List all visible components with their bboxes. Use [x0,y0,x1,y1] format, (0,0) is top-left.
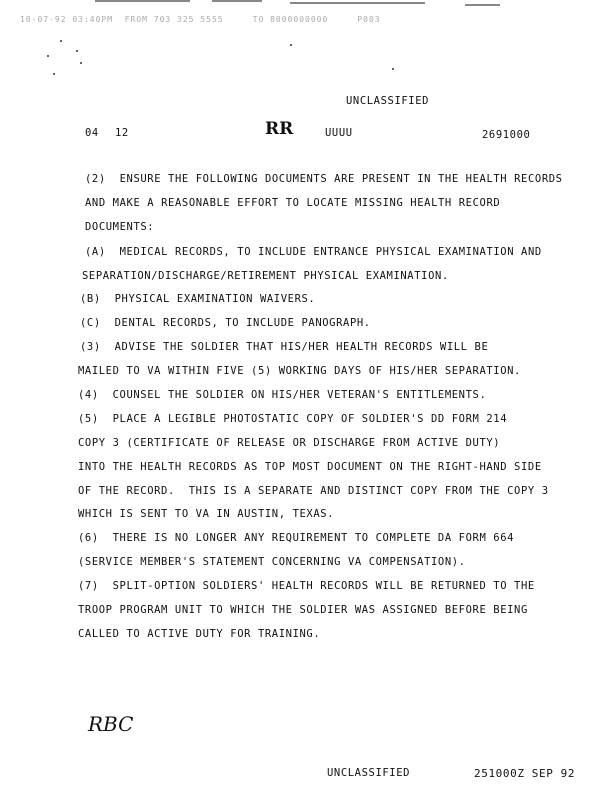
header-message-number: 2691000 [482,129,530,141]
body-line: (6) THERE IS NO LONGER ANY REQUIREMENT T… [78,532,514,544]
body-line: AND MAKE A REASONABLE EFFORT TO LOCATE M… [85,197,500,209]
body-line: (2) ENSURE THE FOLLOWING DOCUMENTS ARE P… [85,173,563,185]
body-line: (5) PLACE A LEGIBLE PHOTOSTATIC COPY OF … [78,413,507,425]
header-field-2: 12 [115,127,129,139]
header-handling-code: UUUU [325,127,353,139]
footer-classification: UNCLASSIFIED [327,767,410,779]
fax-transmission-header: 10-07-92 03:40PM FROM 703 325 5555 TO 80… [20,15,381,24]
body-line: (B) PHYSICAL EXAMINATION WAIVERS. [80,293,315,305]
footer-date-time-group: 251000Z SEP 92 [474,767,575,780]
handwritten-precedence-mark: RR [265,119,293,139]
body-line: OF THE RECORD. THIS IS A SEPARATE AND DI… [78,485,549,497]
handwritten-initials: RBC [88,712,133,736]
scan-artifact [290,2,425,4]
header-field-1: 04 [85,127,99,139]
scan-artifact [212,0,262,2]
body-line: (SERVICE MEMBER'S STATEMENT CONCERNING V… [78,556,466,568]
body-line: (C) DENTAL RECORDS, TO INCLUDE PANOGRAPH… [80,317,371,329]
body-line: SEPARATION/DISCHARGE/RETIREMENT PHYSICAL… [82,270,449,282]
scan-speck [60,40,62,42]
scan-speck [80,62,82,64]
body-line: COPY 3 (CERTIFICATE OF RELEASE OR DISCHA… [78,437,500,449]
body-line: MAILED TO VA WITHIN FIVE (5) WORKING DAY… [78,365,521,377]
scan-artifact [465,4,500,6]
body-line: TROOP PROGRAM UNIT TO WHICH THE SOLDIER … [78,604,528,616]
scan-speck [290,44,292,46]
body-line: INTO THE HEALTH RECORDS AS TOP MOST DOCU… [78,461,542,473]
scan-speck [392,68,394,70]
scan-speck [47,55,49,57]
body-line: (7) SPLIT-OPTION SOLDIERS' HEALTH RECORD… [78,580,535,592]
body-line: DOCUMENTS: [85,221,154,233]
scan-speck [76,50,78,52]
scan-speck [53,73,55,75]
header-classification: UNCLASSIFIED [346,95,429,107]
body-line: (3) ADVISE THE SOLDIER THAT HIS/HER HEAL… [80,341,488,353]
body-line: CALLED TO ACTIVE DUTY FOR TRAINING. [78,628,320,640]
body-line: WHICH IS SENT TO VA IN AUSTIN, TEXAS. [78,508,334,520]
scan-artifact [95,0,190,2]
body-line: (A) MEDICAL RECORDS, TO INCLUDE ENTRANCE… [85,246,542,258]
body-line: (4) COUNSEL THE SOLDIER ON HIS/HER VETER… [78,389,486,401]
